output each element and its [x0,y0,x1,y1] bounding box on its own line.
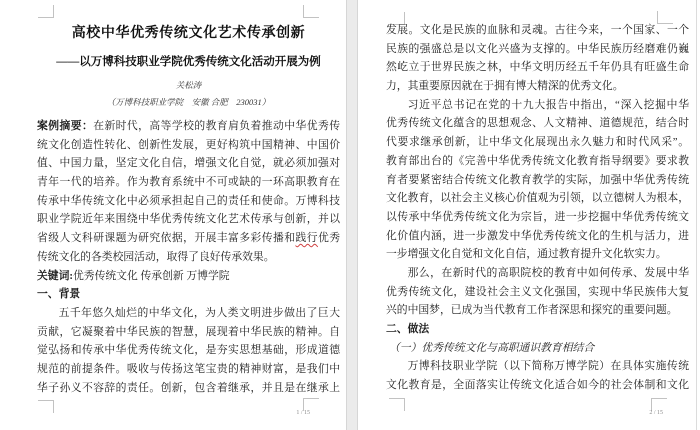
author-name: 关松涛 [37,79,340,91]
text-line: 一步增强文化自觉和文化自信，通过教育提升文化软实力。 [386,245,689,264]
text-line: 值、中国力量，坚定文化自信，增强文化自觉，就必须加强对 [37,154,340,173]
text-line: 青年一代的培养。作为教育系统中不可或缺的一环高职教育在 [37,173,340,192]
text-line: 规范的前提条件。吸收与传扬这笔宝贵的精神财富，是我们中 [37,360,340,379]
text-line: 文化教育是，全面落实让传统文化适合如今的社会体制和文化 [386,376,689,395]
author-affiliation: （万博科技职业学院 安徽 合肥 230031） [37,96,340,108]
page-gap-divider [346,0,358,430]
document-viewer: 高校中华优秀传统文化艺术传承创新 ——以万博科技职业学院优秀传统文化活动开展为例… [0,0,700,430]
text-line: 代要求继承创新，让中华文化展现出永久魅力和时代风采”。 [386,133,689,152]
crop-mark-bottom-left-icon [38,400,54,413]
text-line: 那么，在新时代的高职院校的教育中如何传承、发展中华 [386,264,689,283]
text-line: 育者要紧密结合传统文化教育教学的实际，加强中华优秀传统 [386,171,689,190]
viewport-right-edge [696,0,697,430]
crop-mark-top-left-icon [38,5,54,18]
text-line: 民族的强盛总是以文化兴盛为支撑的。中华民族历经磨难仍巍 [386,40,689,59]
page-2-text-body: 发展。文化是民族的血脉和灵魂。古往今来，一个国家、一个民族的强盛总是以文化兴盛为… [386,21,689,395]
document-page-1[interactable]: 高校中华优秀传统文化艺术传承创新 ——以万博科技职业学院优秀传统文化活动开展为例… [0,0,346,430]
text-line: 觉弘扬和传承中华优秀传统文化，是夯实思想基础，形成道德 [37,341,340,360]
document-page-2[interactable]: 发展。文化是民族的血脉和灵魂。古往今来，一个国家、一个民族的强盛总是以文化兴盛为… [358,0,700,430]
text-line: 一、背景 [37,285,340,304]
document-subtitle: ——以万博科技职业学院优秀传统文化活动开展为例 [37,53,340,69]
text-line: 以传承中华优秀传统文化为宗旨，进一步挖掘中华优秀传统文 [386,208,689,227]
page-1-text-body: 案例摘要：在新时代，高等学校的教育肩负着推动中华优秀传统文化创造性转化、创新性发… [37,117,340,397]
text-line: 力，其重要原因就在于拥有博大精深的优秀文化。 [386,77,689,96]
text-line: 统文化创造性转化、创新性发展，更好构筑中国精神、中国价 [37,136,340,155]
text-line: 化价值内涵，进一步激发中华优秀传统文化的生机与活力，进 [386,227,689,246]
text-line: 优秀传统文化，建设社会主义文化强国，实现中华民族伟大复 [386,283,689,302]
page-number-1: 1 / 15 [230,410,310,416]
text-line: 然屹立于世界民族之林，中华文明历经五千年仍具有旺盛生命 [386,58,689,77]
crop-mark-bottom-left-icon [389,398,405,411]
text-line: 贡献，它凝聚着中华民族的智慧，展现着中华民族的精神。自 [37,323,340,342]
text-line: 关键词:优秀传统文化 传承创新 万博学院 [37,267,340,286]
text-line: 案例摘要：在新时代，高等学校的教育肩负着推动中华优秀传 [37,117,340,136]
text-line: 华子孙义不容辞的责任。创新，包含着继承，并且是在继承上 [37,379,340,398]
text-line: （一）优秀传统文化与高职通识教育相结合 [386,339,689,358]
text-line: 教育部出台的《完善中华优秀传统文化教育指导纲要》要求教 [386,152,689,171]
text-line: 习近平总书记在党的十九大报告中指出，“深入挖掘中华 [386,96,689,115]
text-line: 二、做法 [386,320,689,339]
text-line: 传承中华传统文化中必须承担起自己的责任和使命。万博科技 [37,192,340,211]
page-number-2: 2 / 15 [583,410,663,416]
document-title: 高校中华优秀传统文化艺术传承创新 [37,22,340,42]
text-line: 优秀传统文化蕴含的思想观念、人文精神、道德规范，结合时 [386,114,689,133]
text-line: 发展。文化是民族的血脉和灵魂。古往今来，一个国家、一个 [386,21,689,40]
text-line: 传统文化的各类校园活动，取得了良好传承效果。 [37,248,340,267]
text-line: 省级人文科研课题为研究依据，开展丰富多彩传播和践行优秀 [37,229,340,248]
text-line: 万博科技职业学院（以下简称万博学院）在具体实施传统 [386,357,689,376]
text-line: 职业学院近年来围绕中华优秀传统文化艺术传承与创新，并以 [37,210,340,229]
text-line: 兴的中国梦，已成为当代教育工作者深思和探究的重要问题。 [386,301,689,320]
text-line: 文化教育，以社会主义核心价值观为引领，以立德树人为根本， [386,189,689,208]
text-line: 五千年悠久灿烂的中华文化，为人类文明进步做出了巨大 [37,304,340,323]
crop-mark-top-right-icon [303,5,319,18]
